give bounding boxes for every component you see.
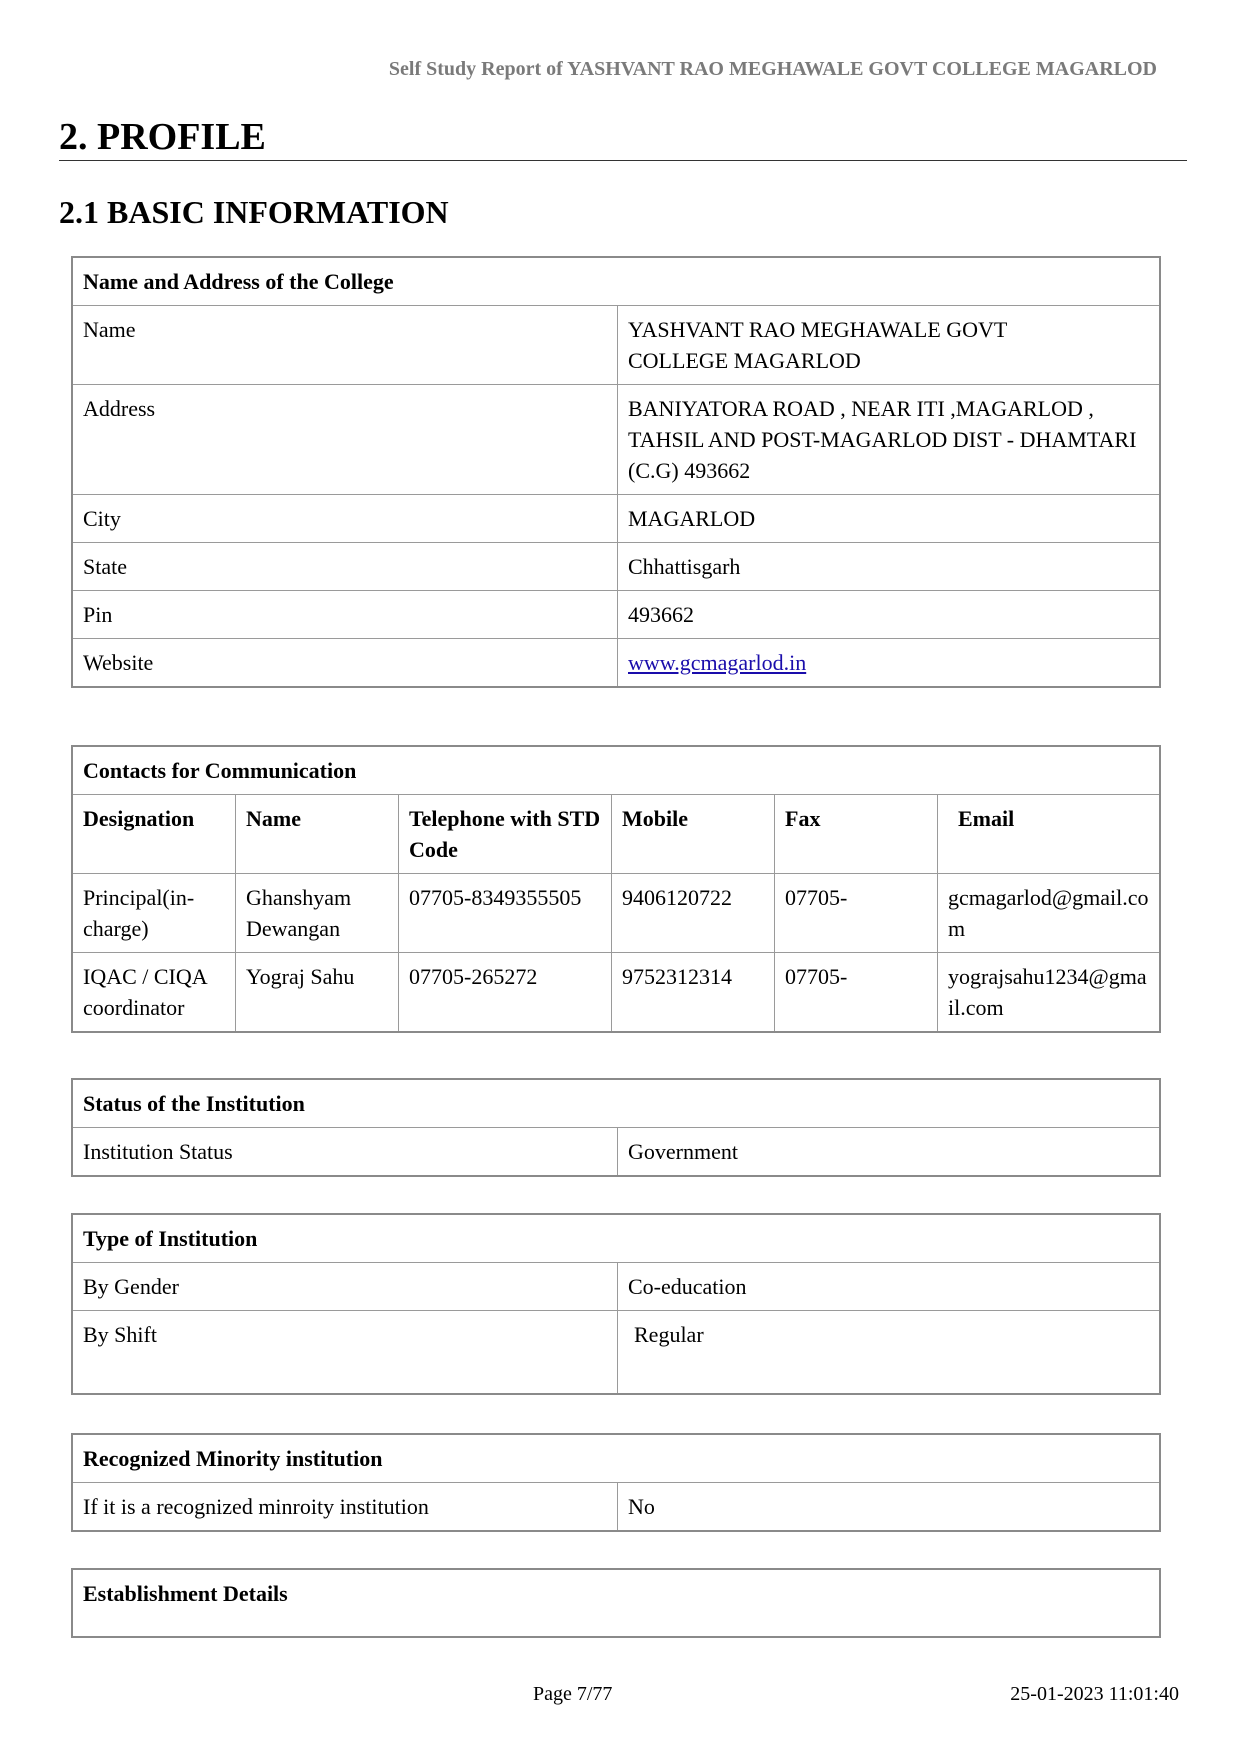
table-row: Principal(in-charge) Ghanshyam Dewangan … [72,874,1160,953]
col-mobile: Mobile [612,795,775,874]
cell-mobile: 9752312314 [612,953,775,1033]
cell-telephone: 07705-265272 [399,953,612,1033]
section-title: 2. PROFILE [59,118,1187,161]
table-row: Name YASHVANT RAO MEGHAWALE GOVT COLLEGE… [72,306,1160,385]
table-heading: Establishment Details [72,1569,1160,1637]
value-by-gender: Co-education [618,1263,1161,1311]
table-row: By Gender Co-education [72,1263,1160,1311]
value-address: BANIYATORA ROAD , NEAR ITI ,MAGARLOD , T… [618,385,1161,495]
value-name: YASHVANT RAO MEGHAWALE GOVT COLLEGE MAGA… [618,306,1161,385]
website-link[interactable]: www.gcmagarlod.in [628,650,806,675]
table-row: City MAGARLOD [72,495,1160,543]
cell-mobile: 9406120722 [612,874,775,953]
table-heading: Status of the Institution [72,1079,1160,1128]
label-minority: If it is a recognized minroity instituti… [72,1483,618,1532]
col-designation: Designation [72,795,236,874]
table-heading: Recognized Minority institution [72,1434,1160,1483]
cell-telephone: 07705-8349355505 [399,874,612,953]
status-table: Status of the Institution Institution St… [71,1078,1161,1177]
table-row: If it is a recognized minroity instituti… [72,1483,1160,1532]
generated-timestamp: 25-01-2023 11:01:40 [1010,1683,1179,1706]
table-header-row: Designation Name Telephone with STD Code… [72,795,1160,874]
value-minority: No [618,1483,1161,1532]
name-address-table: Name and Address of the College Name YAS… [71,256,1161,688]
cell-designation: IQAC / CIQA coordinator [72,953,236,1033]
running-header: Self Study Report of YASHVANT RAO MEGHAW… [389,58,1157,81]
label-city: City [72,495,618,543]
label-website: Website [72,639,618,688]
table-heading: Contacts for Communication [72,746,1160,795]
col-fax: Fax [775,795,938,874]
label-by-shift: By Shift [72,1311,618,1395]
table-heading: Type of Institution [72,1214,1160,1263]
cell-name: Yograj Sahu [236,953,399,1033]
value-website-cell: www.gcmagarlod.in [618,639,1161,688]
cell-email: yograjsahu1234@gmail.com [938,953,1161,1033]
label-institution-status: Institution Status [72,1128,618,1177]
table-row: By Shift Regular [72,1311,1160,1395]
establishment-table: Establishment Details [71,1568,1161,1638]
value-institution-status: Government [618,1128,1161,1177]
col-telephone: Telephone with STD Code [399,795,612,874]
col-name: Name [236,795,399,874]
label-name: Name [72,306,618,385]
page-number: Page 7/77 [533,1683,612,1706]
minority-table: Recognized Minority institution If it is… [71,1433,1161,1532]
value-city: MAGARLOD [618,495,1161,543]
value-by-shift: Regular [618,1311,1161,1395]
value-state: Chhattisgarh [618,543,1161,591]
contacts-table: Contacts for Communication Designation N… [71,745,1161,1033]
label-pin: Pin [72,591,618,639]
cell-name: Ghanshyam Dewangan [236,874,399,953]
table-row: State Chhattisgarh [72,543,1160,591]
label-address: Address [72,385,618,495]
cell-email: gcmagarlod@gmail.com [938,874,1161,953]
cell-designation: Principal(in-charge) [72,874,236,953]
cell-fax: 07705- [775,953,938,1033]
value-pin: 493662 [618,591,1161,639]
label-state: State [72,543,618,591]
section-subtitle: 2.1 BASIC INFORMATION [59,196,449,228]
type-table: Type of Institution By Gender Co-educati… [71,1213,1161,1395]
col-email: Email [938,795,1161,874]
table-row: IQAC / CIQA coordinator Yograj Sahu 0770… [72,953,1160,1033]
label-by-gender: By Gender [72,1263,618,1311]
cell-fax: 07705- [775,874,938,953]
table-row: Pin 493662 [72,591,1160,639]
table-row: Institution Status Government [72,1128,1160,1177]
table-row: Website www.gcmagarlod.in [72,639,1160,688]
table-row: Address BANIYATORA ROAD , NEAR ITI ,MAGA… [72,385,1160,495]
table-heading: Name and Address of the College [72,257,1160,306]
